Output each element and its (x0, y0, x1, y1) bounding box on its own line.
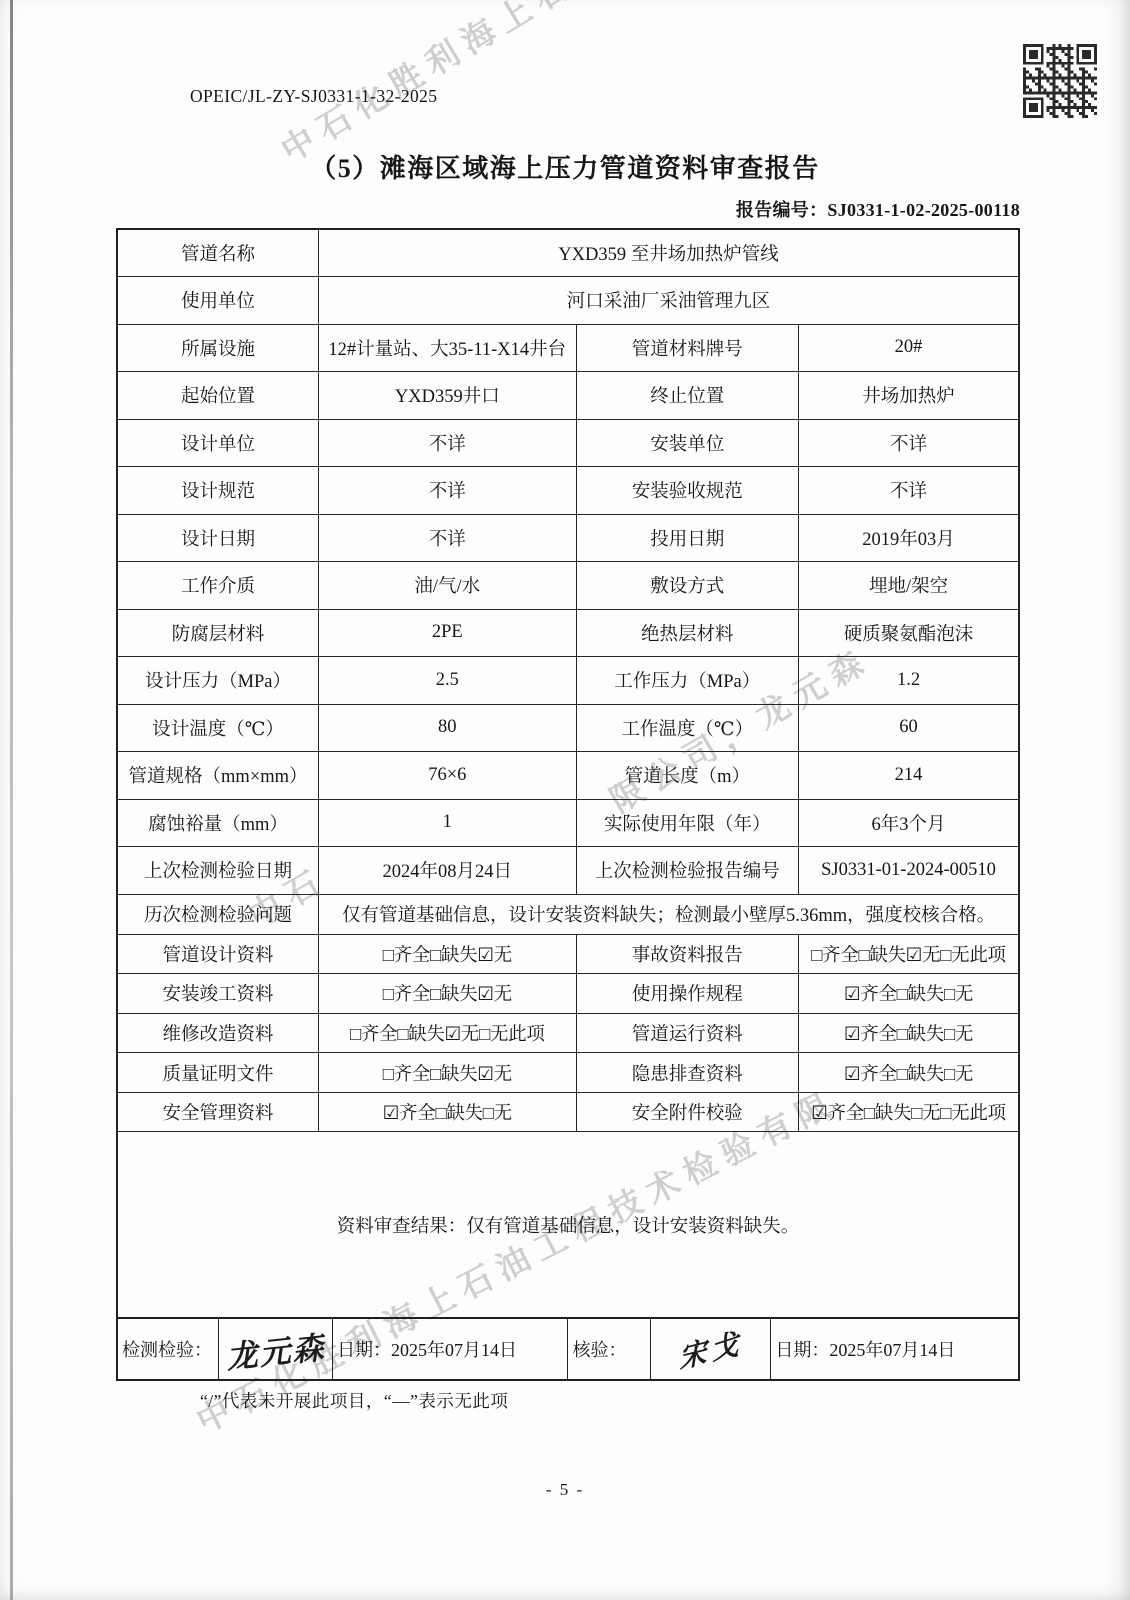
table-row: 设计单位不详安装单位不详 (117, 419, 1019, 467)
row-value: 2019年03月 (799, 514, 1019, 562)
row-label: 所属设施 (117, 324, 319, 372)
checkbox-group: ☑齐全□缺失□无 (799, 974, 1019, 1014)
row-value: 12#计量站、大35-11-X14井台 (319, 324, 576, 372)
report-table: 管道名称YXD359 至井场加热炉管线使用单位河口采油厂采油管理九区所属设施12… (116, 228, 1020, 1319)
report-number: 报告编号：SJ0331-1-02-2025-00118 (116, 196, 1020, 222)
row-value: 不详 (799, 467, 1019, 515)
row-label: 安全附件校验 (576, 1092, 799, 1132)
row-label: 敷设方式 (576, 562, 799, 610)
checkbox-group: ☑齐全□缺失□无 (799, 1053, 1019, 1093)
row-label: 设计压力（MPa） (117, 657, 319, 705)
table-row: 质量证明文件□齐全□缺失☑无隐患排查资料☑齐全□缺失□无 (117, 1053, 1019, 1093)
row-label: 安装验收规范 (576, 467, 799, 515)
verifier-label: 核验： (568, 1318, 651, 1380)
table-row: 设计规范不详安装验收规范不详 (117, 467, 1019, 515)
row-label: 安装单位 (576, 419, 799, 467)
legend-footnote: “/”代表未开展此项目，“—”表示无此项 (200, 1388, 508, 1413)
table-row: 防腐层材料2PE绝热层材料硬质聚氨酯泡沫 (117, 609, 1019, 657)
row-label: 管道规格（mm×mm） (117, 752, 319, 800)
signature-table: 检测检验： 龙元森 日期：2025年07月14日 核验： 宋戈 日期：2025年… (116, 1317, 1020, 1381)
row-label: 设计日期 (117, 514, 319, 562)
row-label: 上次检测检验日期 (117, 847, 319, 895)
page-number: - 5 - (0, 1480, 1130, 1500)
checkbox-group: □齐全□缺失☑无 (319, 1053, 576, 1093)
inspector-date: 日期：2025年07月14日 (333, 1318, 568, 1380)
table-row: 管道设计资料□齐全□缺失☑无事故资料报告□齐全□缺失☑无□无此项 (117, 934, 1019, 974)
row-label: 投用日期 (576, 514, 799, 562)
row-label: 安装竣工资料 (117, 974, 319, 1014)
row-label: 腐蚀裕量（mm） (117, 799, 319, 847)
checkbox-group: □齐全□缺失☑无□无此项 (799, 934, 1019, 974)
row-value: 2024年08月24日 (319, 847, 576, 895)
row-label: 维修改造资料 (117, 1013, 319, 1053)
table-row: 腐蚀裕量（mm）1实际使用年限（年）6年3个月 (117, 799, 1019, 847)
table-row: 设计日期不详投用日期2019年03月 (117, 514, 1019, 562)
checkbox-group: ☑齐全□缺失□无 (799, 1013, 1019, 1053)
checkbox-group: ☑齐全□缺失□无□无此项 (799, 1092, 1019, 1132)
table-row: 资料审查结果：仅有管道基础信息，设计安装资料缺失。 (117, 1132, 1019, 1318)
row-label: 历次检测检验问题 (117, 894, 319, 934)
review-result: 资料审查结果：仅有管道基础信息，设计安装资料缺失。 (117, 1132, 1019, 1318)
document-code: OPEIC/JL-ZY-SJ0331-1-32-2025 (190, 86, 437, 107)
table-row: 管道规格（mm×mm）76×6管道长度（m）214 (117, 752, 1019, 800)
row-label: 使用操作规程 (576, 974, 799, 1014)
row-value: 2.5 (319, 657, 576, 705)
table-row: 使用单位河口采油厂采油管理九区 (117, 277, 1019, 325)
row-value: 76×6 (319, 752, 576, 800)
row-value: 1.2 (799, 657, 1019, 705)
table-row: 起始位置YXD359井口终止位置井场加热炉 (117, 372, 1019, 420)
table-row: 上次检测检验日期2024年08月24日上次检测检验报告编号SJ0331-01-2… (117, 847, 1019, 895)
table-row: 所属设施12#计量站、大35-11-X14井台管道材料牌号20# (117, 324, 1019, 372)
row-label: 事故资料报告 (576, 934, 799, 974)
scanned-report-page: 中石化胜利海上石油 限公司，龙元森 中石化胜利海上石油工程技术检验有限 中石 O… (0, 0, 1130, 1600)
row-value: SJ0331-01-2024-00510 (799, 847, 1019, 895)
row-label: 起始位置 (117, 372, 319, 420)
row-label: 工作压力（MPa） (576, 657, 799, 705)
row-value: YXD359 至井场加热炉管线 (319, 229, 1019, 277)
row-value: 80 (319, 704, 576, 752)
verifier-date: 日期：2025年07月14日 (771, 1318, 1019, 1380)
row-label: 工作温度（℃） (576, 704, 799, 752)
row-value: 不详 (319, 514, 576, 562)
table-row: 安装竣工资料□齐全□缺失☑无使用操作规程☑齐全□缺失□无 (117, 974, 1019, 1014)
table-row: 安全管理资料☑齐全□缺失□无安全附件校验☑齐全□缺失□无□无此项 (117, 1092, 1019, 1132)
row-label: 实际使用年限（年） (576, 799, 799, 847)
row-label: 管道材料牌号 (576, 324, 799, 372)
row-value: 埋地/架空 (799, 562, 1019, 610)
report-table-body: 管道名称YXD359 至井场加热炉管线使用单位河口采油厂采油管理九区所属设施12… (117, 229, 1019, 1318)
row-value: 2PE (319, 609, 576, 657)
table-row: 工作介质油/气/水敷设方式埋地/架空 (117, 562, 1019, 610)
row-value: 214 (799, 752, 1019, 800)
row-value: 60 (799, 704, 1019, 752)
inspector-label: 检测检验： (117, 1318, 218, 1380)
checkbox-group: □齐全□缺失☑无□无此项 (319, 1013, 576, 1053)
row-value: 1 (319, 799, 576, 847)
row-label: 上次检测检验报告编号 (576, 847, 799, 895)
row-value: 河口采油厂采油管理九区 (319, 277, 1019, 325)
row-value: YXD359井口 (319, 372, 576, 420)
signature-row: 检测检验： 龙元森 日期：2025年07月14日 核验： 宋戈 日期：2025年… (117, 1318, 1019, 1380)
row-label: 防腐层材料 (117, 609, 319, 657)
inspector-signature: 龙元森 (224, 1321, 327, 1376)
table-row: 历次检测检验问题仅有管道基础信息，设计安装资料缺失；检测最小壁厚5.36mm，强… (117, 894, 1019, 934)
row-value: 不详 (799, 419, 1019, 467)
checkbox-group: □齐全□缺失☑无 (319, 974, 576, 1014)
checkbox-group: ☑齐全□缺失□无 (319, 1092, 576, 1132)
row-label: 终止位置 (576, 372, 799, 420)
table-row: 管道名称YXD359 至井场加热炉管线 (117, 229, 1019, 277)
table-row: 设计温度（℃）80工作温度（℃）60 (117, 704, 1019, 752)
row-label: 管道设计资料 (117, 934, 319, 974)
row-value: 6年3个月 (799, 799, 1019, 847)
row-label: 管道名称 (117, 229, 319, 277)
row-label: 工作介质 (117, 562, 319, 610)
row-label: 使用单位 (117, 277, 319, 325)
row-label: 设计规范 (117, 467, 319, 515)
table-row: 维修改造资料□齐全□缺失☑无□无此项管道运行资料☑齐全□缺失□无 (117, 1013, 1019, 1053)
verifier-signature-cell: 宋戈 (651, 1318, 771, 1380)
checkbox-group: □齐全□缺失☑无 (319, 934, 576, 974)
row-label: 设计温度（℃） (117, 704, 319, 752)
qr-code-graphic (1023, 44, 1097, 118)
row-label: 隐患排查资料 (576, 1053, 799, 1093)
inspector-signature-cell: 龙元森 (218, 1318, 333, 1380)
table-row: 设计压力（MPa）2.5工作压力（MPa）1.2 (117, 657, 1019, 705)
row-label: 绝热层材料 (576, 609, 799, 657)
scan-edge-artifact (10, 0, 13, 1600)
qr-code (1023, 44, 1097, 118)
row-value: 井场加热炉 (799, 372, 1019, 420)
row-label: 质量证明文件 (117, 1053, 319, 1093)
row-label: 设计单位 (117, 419, 319, 467)
row-label: 管道运行资料 (576, 1013, 799, 1053)
row-value: 不详 (319, 467, 576, 515)
row-label: 安全管理资料 (117, 1092, 319, 1132)
row-value: 硬质聚氨酯泡沫 (799, 609, 1019, 657)
verifier-signature: 宋戈 (677, 1321, 744, 1377)
row-value: 仅有管道基础信息，设计安装资料缺失；检测最小壁厚5.36mm，强度校核合格。 (319, 894, 1019, 934)
row-value: 20# (799, 324, 1019, 372)
row-value: 不详 (319, 419, 576, 467)
page-title: （5）滩海区域海上压力管道资料审查报告 (0, 148, 1130, 185)
row-value: 油/气/水 (319, 562, 576, 610)
row-label: 管道长度（m） (576, 752, 799, 800)
